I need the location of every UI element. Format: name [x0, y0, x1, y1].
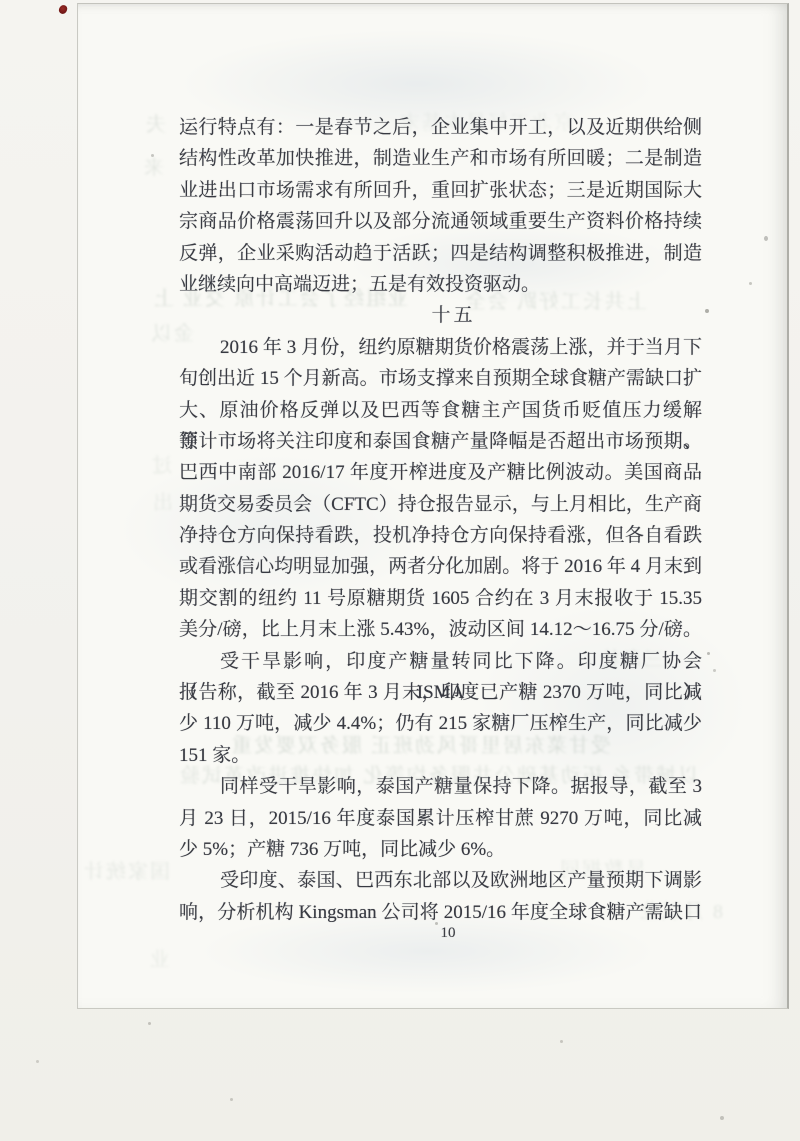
background-speck [560, 1040, 563, 1043]
text-line: 旬创出近 15 个月新高。市场支撑来自预期全球食糖产需缺口扩 [179, 363, 702, 394]
text-line: 净持仓方向保持看跌，投机净持仓方向保持看涨，但各自看跌 [179, 520, 702, 551]
text-line: 美分/磅，比上月末上涨 5.43%，波动区间 14.12～16.75 分/磅。 [179, 614, 702, 645]
text-line: 报告称，截至 2016 年 3 月末，印度已产糖 2370 万吨，同比减 [179, 677, 702, 708]
text-line: 少 5%；产糖 736 万吨，同比减少 6%。 [179, 834, 702, 865]
text-line: 期交割的纽约 11 号原糖期货 1605 合约在 3 月末报收于 15.35 [179, 583, 702, 614]
background-speck [36, 1060, 39, 1063]
red-ink-dot [58, 4, 68, 15]
page-number: 10 [398, 925, 498, 942]
text-line: 月 23 日，2015/16 年度泰国累计压榨甘蔗 9270 万吨，同比减 [179, 803, 702, 834]
section-heading: 十五 [179, 300, 702, 331]
bleed-through-ghost: 过 [150, 454, 172, 478]
text-line: 预计市场将关注印度和泰国食糖产量降幅是否超出市场预期、 [179, 426, 702, 457]
text-line: 业继续向中高端迈进；五是有效投资驱动。 [179, 269, 702, 300]
text-line: 151 家。 [179, 740, 702, 771]
bleed-through-ghost: 来 [142, 156, 164, 180]
body-text: 运行特点有：一是春节之后，企业集中开工，以及近期供给侧 结构性改革加快推进，制造… [179, 112, 702, 928]
text-line: 大、原油价格反弹以及巴西等食糖主产国货币贬值压力缓解等。 [179, 395, 702, 426]
text-line: 反弹，企业采购活动趋于活跃；四是结构调整积极推进，制造 [179, 238, 702, 269]
text-line: 2016 年 3 月份，纽约原糖期货价格震荡上涨，并于当月下 [179, 332, 702, 363]
text-line: 受印度、泰国、巴西东北部以及欧洲地区产量预期下调影 [179, 865, 702, 896]
bleed-through-ghost: 国家统计 [82, 860, 170, 884]
ink-speck [707, 652, 710, 655]
background-speck [720, 1116, 724, 1120]
text-line: 业进出口市场需求有所回升，重回扩张状态；三是近期国际大 [179, 175, 702, 206]
text-line: 受干旱影响，印度产糖量转同比下降。印度糖厂协会（ISMA） [179, 646, 702, 677]
bleed-through-ghost: 出 [151, 491, 173, 515]
ink-speck [705, 309, 709, 313]
bleed-through-ghost: 夫 [144, 113, 166, 137]
text-line: 或看涨信心均明显加强，两者分化加剧。将于 2016 年 4 月末到 [179, 551, 702, 582]
background-speck [148, 1022, 151, 1025]
text-line: 巴西中南部 2016/17 年度开榨进度及产糖比例波动。美国商品 [179, 457, 702, 488]
ink-speck [749, 282, 752, 285]
text-line: 少 110 万吨，减少 4.4%；仍有 215 家糖厂压榨生产，同比减少 [179, 708, 702, 739]
bleed-through-ghost: 业 [148, 948, 170, 972]
text-line: 运行特点有：一是春节之后，企业集中开工，以及近期供给侧 [179, 112, 702, 143]
ink-speck [713, 669, 716, 672]
scan-canvas: { "page": { "heading": "十五", "page_numbe… [0, 0, 800, 1141]
ink-speck [764, 236, 768, 241]
scanned-page: 夫 来 京北工好显本基末 业组经了会工计原 交业 上 上共长工好趴 会全 金以 … [77, 3, 789, 1009]
text-line: 结构性改革加快推进，制造业生产和市场有所回暖；二是制造 [179, 143, 702, 174]
text-line: 响，分析机构 Kingsman 公司将 2015/16 年度全球食糖产需缺口 [179, 897, 702, 928]
background-speck [230, 1098, 233, 1101]
text-line: 同样受干旱影响，泰国产糖量保持下降。据报导，截至 3 [179, 771, 702, 802]
ink-speck [151, 154, 154, 157]
text-line: 宗商品价格震荡回升以及部分流通领域重要生产资料价格持续 [179, 206, 702, 237]
text-line: 期货交易委员会（CFTC）持仓报告显示，与上月相比，生产商 [179, 489, 702, 520]
